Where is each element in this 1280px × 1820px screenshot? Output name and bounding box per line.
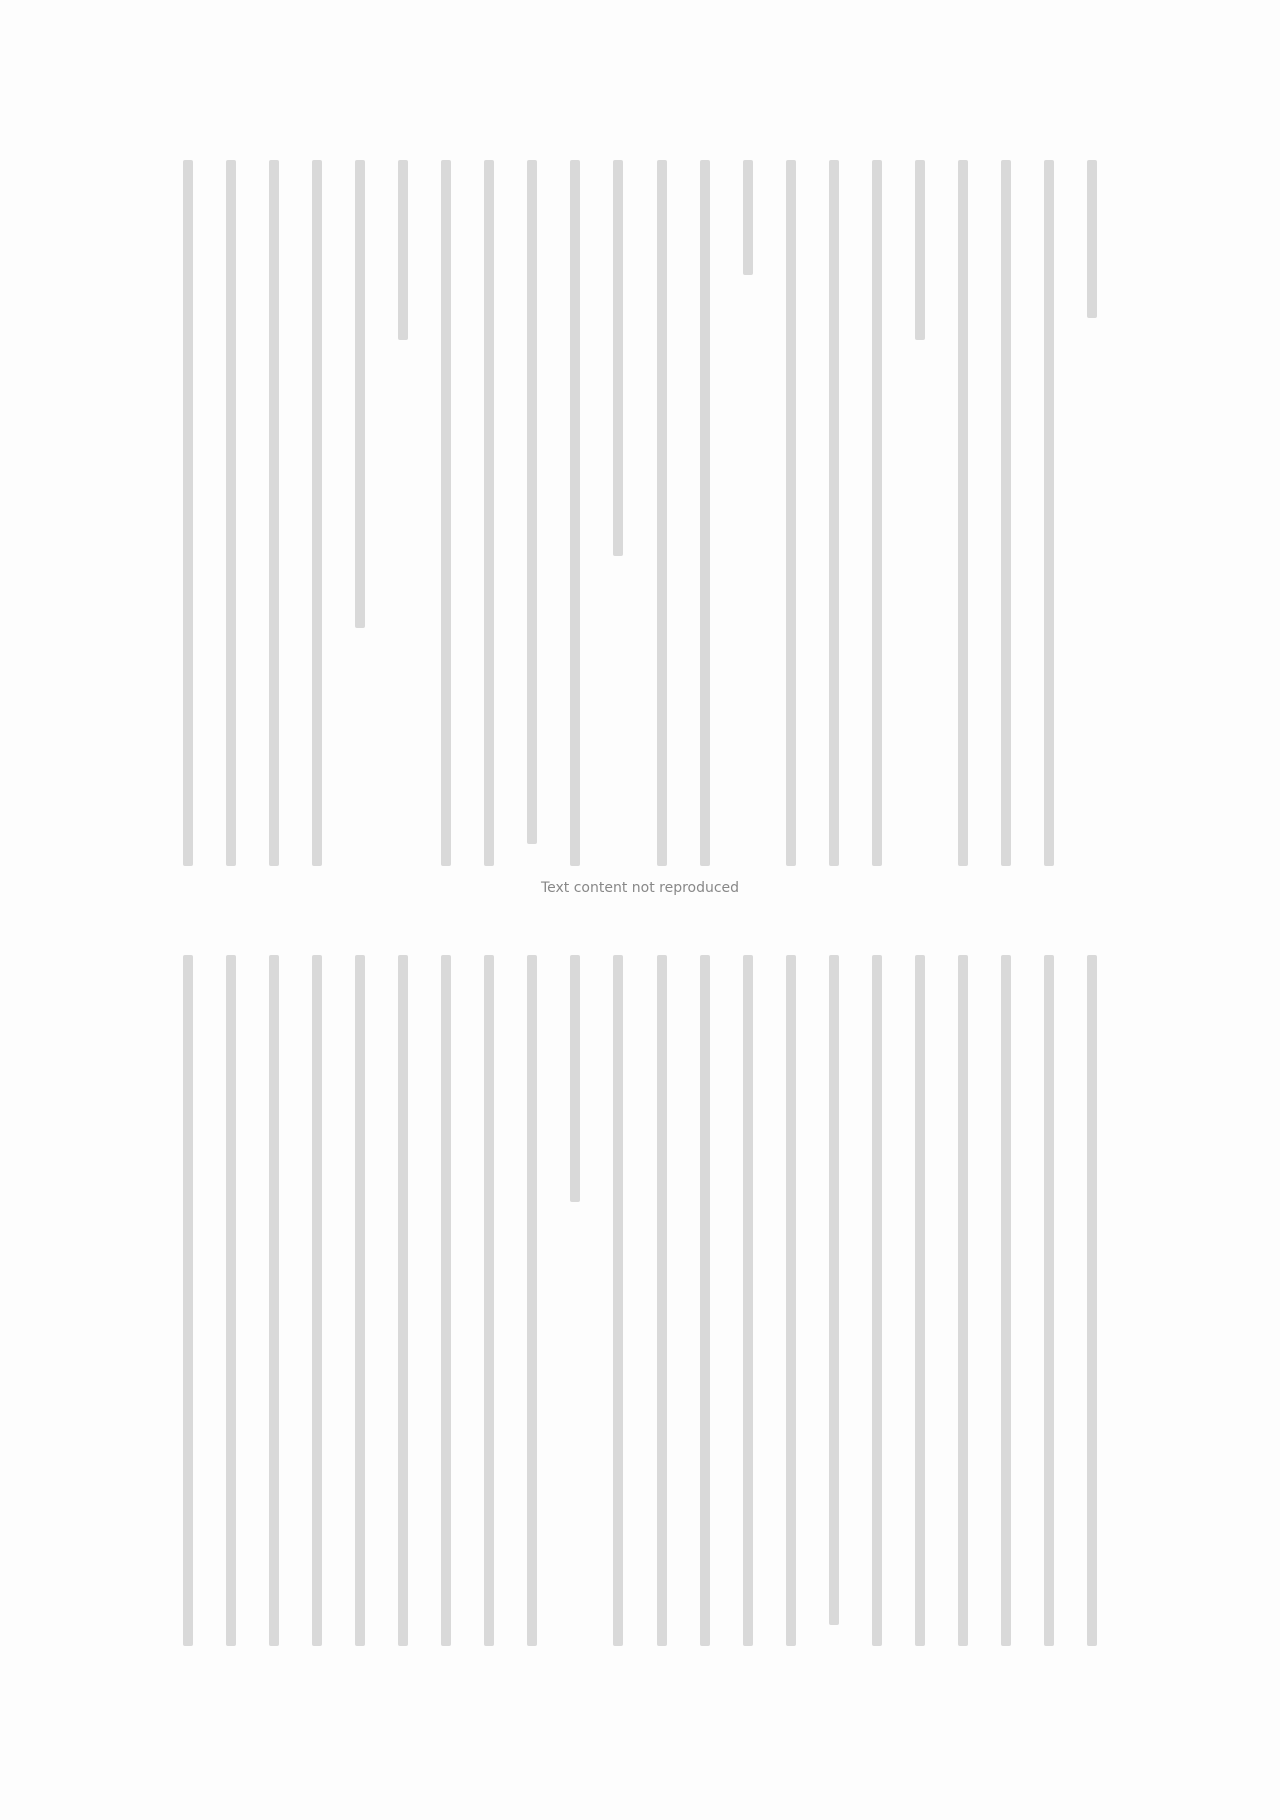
text-column xyxy=(304,955,330,1660)
text-column xyxy=(692,955,718,1660)
text-column xyxy=(476,160,502,880)
text-column xyxy=(261,160,287,880)
content-notice: Text content not reproduced xyxy=(340,880,940,896)
text-column xyxy=(218,160,244,880)
text-column xyxy=(605,955,631,1660)
text-column xyxy=(950,955,976,1660)
text-line-placeholder xyxy=(829,955,839,1625)
text-line-placeholder xyxy=(1087,955,1097,1646)
text-line-placeholder xyxy=(355,160,365,628)
text-block-top xyxy=(175,160,1105,880)
text-line-placeholder xyxy=(1087,160,1097,318)
text-line-placeholder xyxy=(1044,955,1054,1646)
text-line-placeholder xyxy=(355,955,365,1646)
text-line-placeholder xyxy=(312,955,322,1646)
text-line-placeholder xyxy=(657,160,667,866)
text-column xyxy=(778,160,804,880)
text-column xyxy=(1079,955,1105,1660)
text-column xyxy=(735,160,761,880)
text-line-placeholder xyxy=(958,160,968,866)
text-line-placeholder xyxy=(527,955,537,1646)
text-line-placeholder xyxy=(484,160,494,866)
text-column xyxy=(649,160,675,880)
text-column xyxy=(993,955,1019,1660)
text-line-placeholder xyxy=(829,160,839,866)
text-column xyxy=(519,955,545,1660)
text-column xyxy=(304,160,330,880)
text-column xyxy=(433,955,459,1660)
text-column xyxy=(175,160,201,880)
text-column xyxy=(218,955,244,1660)
text-line-placeholder xyxy=(657,955,667,1646)
text-column xyxy=(950,160,976,880)
text-line-placeholder xyxy=(786,160,796,866)
text-block-bottom xyxy=(175,955,1105,1660)
text-line-placeholder xyxy=(484,955,494,1646)
text-line-placeholder xyxy=(398,955,408,1646)
text-line-placeholder xyxy=(915,160,925,340)
text-line-placeholder xyxy=(570,160,580,866)
text-column xyxy=(821,955,847,1660)
text-line-placeholder xyxy=(269,160,279,866)
text-line-placeholder xyxy=(183,955,193,1646)
text-line-placeholder xyxy=(398,160,408,340)
text-line-placeholder xyxy=(613,160,623,556)
text-line-placeholder xyxy=(613,955,623,1646)
text-column xyxy=(390,160,416,880)
text-column xyxy=(1079,160,1105,880)
text-line-placeholder xyxy=(527,160,537,844)
text-line-placeholder xyxy=(700,955,710,1646)
text-line-placeholder xyxy=(226,955,236,1646)
text-column xyxy=(347,160,373,880)
text-column xyxy=(864,160,890,880)
text-line-placeholder xyxy=(441,955,451,1646)
text-column xyxy=(605,160,631,880)
text-column xyxy=(692,160,718,880)
text-line-placeholder xyxy=(441,160,451,866)
text-column xyxy=(261,955,287,1660)
text-line-placeholder xyxy=(1001,160,1011,866)
text-column xyxy=(519,160,545,880)
text-column xyxy=(821,160,847,880)
text-line-placeholder xyxy=(743,955,753,1646)
text-line-placeholder xyxy=(226,160,236,866)
text-line-placeholder xyxy=(183,160,193,866)
text-line-placeholder xyxy=(1044,160,1054,866)
text-column xyxy=(562,955,588,1660)
text-column xyxy=(433,160,459,880)
text-line-placeholder xyxy=(312,160,322,866)
text-line-placeholder xyxy=(570,955,580,1202)
text-column xyxy=(649,955,675,1660)
document-page: Text content not reproduced xyxy=(0,0,1280,1820)
text-column xyxy=(735,955,761,1660)
text-line-placeholder xyxy=(872,160,882,866)
text-line-placeholder xyxy=(700,160,710,866)
text-column xyxy=(390,955,416,1660)
text-line-placeholder xyxy=(872,955,882,1646)
text-column xyxy=(347,955,373,1660)
text-column xyxy=(993,160,1019,880)
text-line-placeholder xyxy=(958,955,968,1646)
text-column xyxy=(907,955,933,1660)
text-line-placeholder xyxy=(786,955,796,1646)
text-line-placeholder xyxy=(269,955,279,1646)
text-line-placeholder xyxy=(743,160,753,275)
text-column xyxy=(864,955,890,1660)
text-line-placeholder xyxy=(915,955,925,1646)
text-column xyxy=(175,955,201,1660)
text-column xyxy=(1036,955,1062,1660)
text-column xyxy=(907,160,933,880)
text-line-placeholder xyxy=(1001,955,1011,1646)
text-column xyxy=(1036,160,1062,880)
text-column xyxy=(476,955,502,1660)
text-column xyxy=(778,955,804,1660)
text-column xyxy=(562,160,588,880)
